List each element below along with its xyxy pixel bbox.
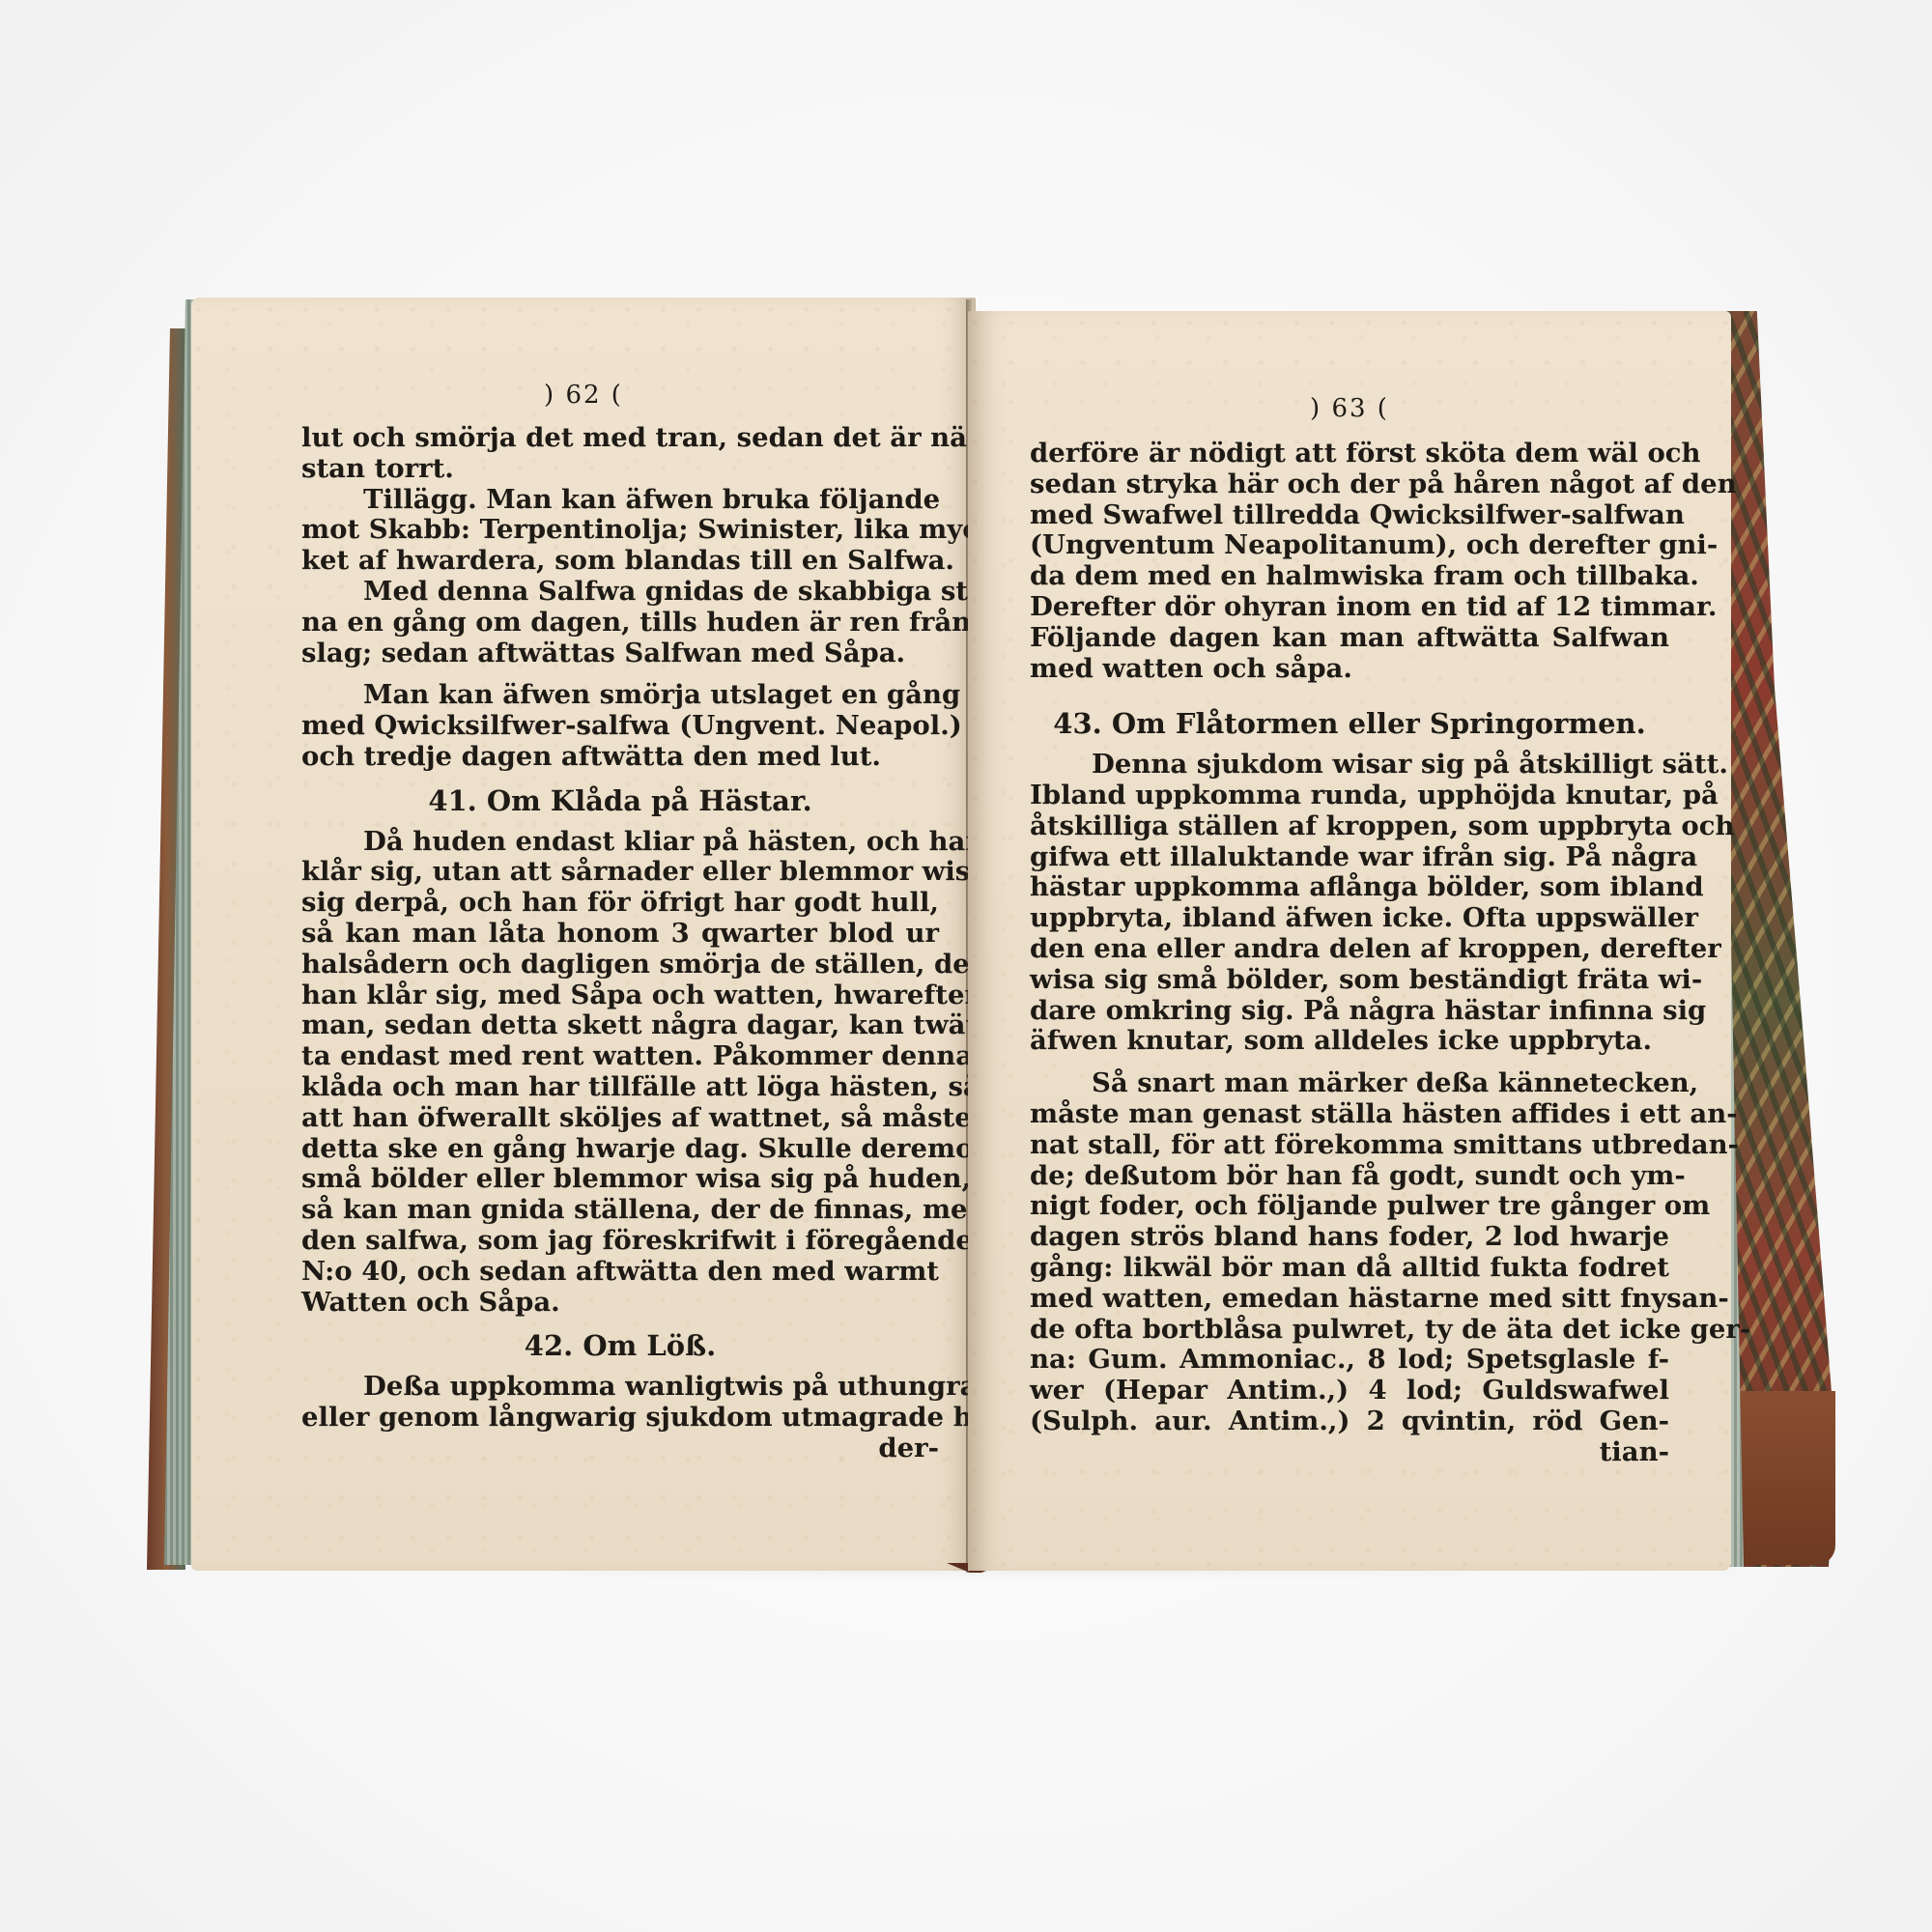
- text-line: man, sedan detta skett några dagar, kan …: [301, 1010, 939, 1041]
- text-line: uppbryta, ibland äfwen icke. Ofta uppswä…: [1030, 903, 1669, 934]
- text-line: Med denna Salfwa gnidas de skabbiga stäl…: [301, 577, 939, 608]
- section-heading-43: 43. Om Flåtormen eller Springormen.: [1030, 709, 1669, 740]
- text-line: åtskilliga ställen af kroppen, som uppbr…: [1030, 811, 1669, 842]
- text-line: Denna sjukdom wisar sig på åtskilligt sä…: [1030, 750, 1669, 781]
- section-heading-42: 42. Om Löß.: [301, 1331, 939, 1362]
- text-line: den salfwa, som jag föreskrifwit i föreg…: [301, 1226, 939, 1257]
- left-page-text: lut och smörja det med tran, sedan det ä…: [301, 423, 939, 1464]
- text-line: och tredje dagen aftwätta den med lut.: [301, 742, 939, 773]
- text-line: wisa sig små bölder, som beständigt frät…: [1030, 965, 1669, 996]
- text-line: lut och smörja det med tran, sedan det ä…: [301, 423, 939, 454]
- text-line: sedan stryka här och der på håren något …: [1030, 469, 1669, 500]
- text-line: Man kan äfwen smörja utslaget en gång: [301, 680, 939, 711]
- text-line: halsådern och dagligen smörja de ställen…: [301, 950, 939, 980]
- text-line: små bölder eller blemmor wisa sig på hud…: [301, 1164, 939, 1195]
- text-line: derföre är nödigt att först sköta dem wä…: [1030, 439, 1669, 469]
- text-line: dagen strös bland hans foder, 2 lod hwar…: [1030, 1222, 1669, 1253]
- text-line: dare omkring sig. På några hästar infinn…: [1030, 996, 1669, 1027]
- text-line: Då huden endast kliar på hästen, och han: [301, 827, 939, 858]
- text-line: da dem med en halmwiska fram och tillbak…: [1030, 561, 1669, 592]
- text-line: gifwa ett illaluktande war ifrån sig. På…: [1030, 842, 1669, 873]
- text-line: Tillägg. Man kan äfwen bruka följande: [301, 485, 939, 516]
- text-line: så kan man låta honom 3 qwarter blod ur: [301, 919, 939, 950]
- text-line: eller genom långwarig sjukdom utmagrade …: [301, 1403, 939, 1434]
- right-page: ) 63 ( derföre är nödigt att först sköta…: [968, 311, 1731, 1571]
- text-line: Derefter dör ohyran inom en tid af 12 ti…: [1030, 592, 1669, 623]
- text-line: slag; sedan aftwättas Salfwan med Såpa.: [301, 639, 939, 669]
- leather-cover-corner: [1729, 1391, 1835, 1565]
- text-line: de ofta bortblåsa pulwret, ty de äta det…: [1030, 1315, 1669, 1346]
- text-line: sig derpå, och han för öfrigt har godt h…: [301, 888, 939, 919]
- text-line: måste man genast ställa hästen affides i…: [1030, 1099, 1669, 1130]
- text-line: detta ske en gång hwarje dag. Skulle der…: [301, 1134, 939, 1165]
- text-line: med watten och såpa.: [1030, 654, 1669, 685]
- text-line: med Swafwel tillredda Qwicksilfwer-salfw…: [1030, 500, 1669, 531]
- text-line: den ena eller andra delen af kroppen, de…: [1030, 934, 1669, 965]
- text-line: med Qwicksilfwer-salfwa (Ungvent. Neapol…: [301, 711, 939, 742]
- text-line: (Ungventum Neapolitanum), och derefter g…: [1030, 530, 1669, 561]
- page-number: ) 63 (: [968, 394, 1731, 423]
- text-line: att han öfwerallt sköljes af wattnet, så…: [301, 1103, 939, 1134]
- text-line: gång: likwäl bör man då alltid fukta fod…: [1030, 1253, 1669, 1284]
- text-line: han klår sig, med Såpa och watten, hware…: [301, 980, 939, 1011]
- text-line: äfwen knutar, som alldeles icke uppbryta…: [1030, 1026, 1669, 1057]
- text-line: ta endast med rent watten. Påkommer denn…: [301, 1041, 939, 1072]
- right-page-text: derföre är nödigt att först sköta dem wä…: [1030, 439, 1669, 1468]
- photo-scene: ) 62 ( lut och smörja det med tran, seda…: [0, 0, 1932, 1932]
- text-line: klår sig, utan att sårnader eller blemmo…: [301, 857, 939, 888]
- text-line: hästar uppkomma aflånga bölder, som ibla…: [1030, 872, 1669, 903]
- text-line: (Sulph. aur. Antim.,) 2 qvintin, röd Gen…: [1030, 1406, 1669, 1437]
- catchword: der-: [301, 1434, 939, 1464]
- text-line: stan torrt.: [301, 454, 939, 485]
- page-number: ) 62 (: [191, 381, 976, 410]
- text-line: nigt foder, och följande pulwer tre gång…: [1030, 1191, 1669, 1222]
- text-line: nat stall, för att förekomma smittans ut…: [1030, 1130, 1669, 1161]
- text-line: Watten och Såpa.: [301, 1288, 939, 1319]
- left-page: ) 62 ( lut och smörja det med tran, seda…: [191, 298, 976, 1571]
- text-line: ket af hwardera, som blandas till en Sal…: [301, 546, 939, 577]
- text-line: wer (Hepar Antim.,) 4 lod; Guldswafwel: [1030, 1376, 1669, 1406]
- text-line: klåda och man har tillfälle att löga häs…: [301, 1072, 939, 1103]
- section-heading-41: 41. Om Klåda på Hästar.: [301, 786, 939, 817]
- catchword: tian-: [1030, 1437, 1669, 1468]
- text-line: så kan man gnida ställena, der de finnas…: [301, 1195, 939, 1226]
- text-line: na en gång om dagen, tills huden är ren …: [301, 608, 939, 639]
- text-line: Deßa uppkomma wanligtwis på uthungrade: [301, 1372, 939, 1403]
- text-line: Följande dagen kan man aftwätta Salfwan: [1030, 623, 1669, 654]
- text-line: Så snart man märker deßa kännetecken,: [1030, 1068, 1669, 1099]
- text-line: na: Gum. Ammoniac., 8 lod; Spetsglasle f…: [1030, 1345, 1669, 1376]
- text-line: N:o 40, och sedan aftwätta den med warmt: [301, 1257, 939, 1288]
- text-line: de; deßutom bör han få godt, sundt och y…: [1030, 1161, 1669, 1192]
- text-line: med watten, emedan hästarne med sitt fny…: [1030, 1284, 1669, 1315]
- text-line: Ibland uppkomma runda, upphöjda knutar, …: [1030, 781, 1669, 811]
- text-line: mot Skabb: Terpentinolja; Swinister, lik…: [301, 515, 939, 546]
